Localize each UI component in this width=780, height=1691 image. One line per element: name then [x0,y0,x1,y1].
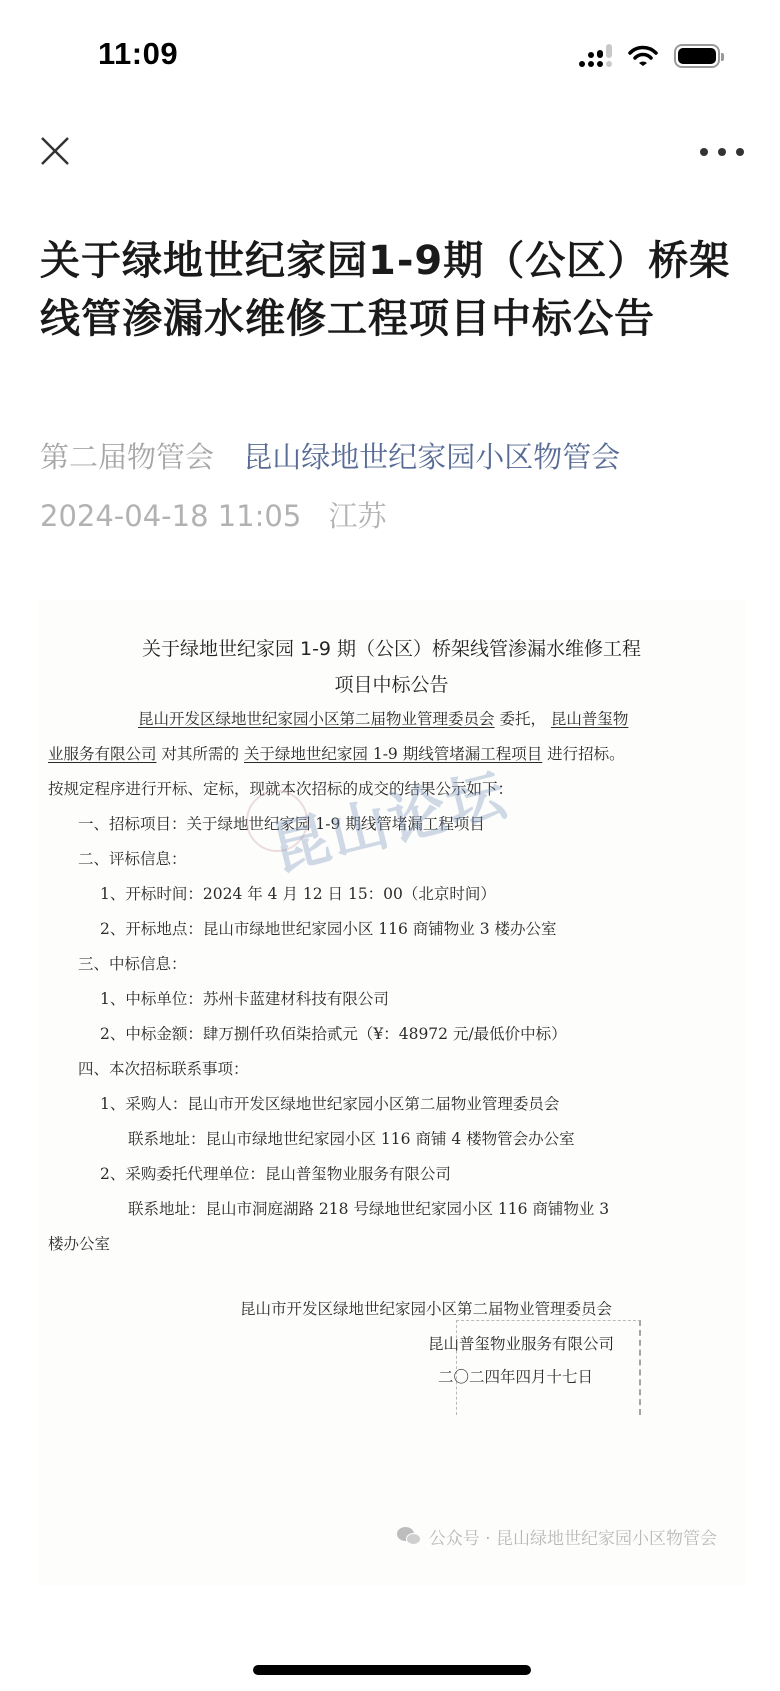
doc-section-4-2-address-cont: 楼办公室 [48,1233,110,1255]
wifi-icon [628,45,658,67]
source-text: 公众号 · 昆山绿地世纪家园小区物管会 [429,1524,717,1549]
doc-section-3-1: 1、中标单位：苏州卡蓝建材科技有限公司 [100,988,389,1010]
doc-section-2: 二、评标信息： [78,848,187,870]
doc-section-4-2-address: 联系地址：昆山市洞庭湖路 218 号绿地世纪家园小区 116 商铺物业 3 [128,1198,609,1220]
home-indicator[interactable] [253,1665,531,1675]
doc-intro-line2: 业服务有限公司 对其所需的 关于绿地世纪家园 1-9 期线管堵漏工程项目 进行招… [48,743,625,765]
doc-section-4-1: 1、采购人：昆山市开发区绿地世纪家园小区第二届物业管理委员会 [100,1093,559,1115]
cellular-signal-icon [579,45,612,67]
battery-icon [674,44,720,68]
doc-section-4: 四、本次招标联系事项： [78,1058,249,1080]
wechat-icon [397,1527,423,1547]
article-meta: 第二届物管会 昆山绿地世纪家园小区物管会 [40,437,620,477]
doc-title-line2: 项目中标公告 [38,666,745,704]
doc-section-2-1: 1、开标时间：2024 年 4 月 12 日 15：00（北京时间） [100,883,496,905]
source-attribution: 公众号 · 昆山绿地世纪家园小区物管会 [397,1524,717,1549]
more-icon-dot [700,148,708,156]
more-icon-dot [718,148,726,156]
doc-intro-line1: 昆山开发区绿地世纪家园小区第二届物业管理委员会 委托， 昆山普玺物 [138,708,628,730]
publish-date: 2024-04-18 11:05 [40,499,301,533]
nav-bar [0,112,780,182]
doc-section-1: 一、招标项目：关于绿地世纪家园 1-9 期线管堵漏工程项目 [78,813,485,835]
doc-agent-part1: 昆山普玺物 [551,710,629,728]
doc-intro-line3: 按规定程序进行开标、定标，现就本次招标的成交的结果公示如下： [48,778,513,800]
doc-project: 关于绿地世纪家园 1-9 期线管堵漏工程项目 [244,745,542,763]
publish-location: 江苏 [329,499,387,533]
doc-section-3-2: 2、中标金额：肆万捌仟玖佰柒拾贰元（¥：48972 元/最低价中标） [100,1023,567,1045]
article-author: 第二届物管会 [40,440,214,474]
doc-section-3: 三、中标信息： [78,953,187,975]
more-button[interactable] [700,142,744,162]
doc-signature-org2: 昆山普玺物业服务有限公司 [428,1333,614,1355]
status-bar: 11:09 [0,0,780,110]
doc-agent-part2: 业服务有限公司 [48,745,157,763]
doc-section-4-1-address: 联系地址：昆山市绿地世纪家园小区 116 商铺 4 楼物管会办公室 [128,1128,575,1150]
doc-client: 昆山开发区绿地世纪家园小区第二届物业管理委员会 [138,710,495,728]
account-link[interactable]: 昆山绿地世纪家园小区物管会 [243,440,620,474]
close-icon [36,132,76,172]
doc-title-line1: 关于绿地世纪家园 1-9 期（公区）桥架线管渗漏水维修工程 [38,630,745,668]
doc-section-2-2: 2、开标地点：昆山市绿地世纪家园小区 116 商铺物业 3 楼办公室 [100,918,557,940]
article-publish-info: 2024-04-18 11:05 江苏 [40,496,387,536]
document-image[interactable]: 关于绿地世纪家园 1-9 期（公区）桥架线管渗漏水维修工程 项目中标公告 昆山开… [38,600,745,1586]
more-icon-dot [736,148,744,156]
doc-section-4-2: 2、采购委托代理单位：昆山普玺物业服务有限公司 [100,1163,451,1185]
doc-signature-org1: 昆山市开发区绿地世纪家园小区第二届物业管理委员会 [240,1298,612,1320]
status-icons [579,44,720,68]
doc-signature-date: 二〇二四年四月十七日 [438,1366,593,1388]
article-title: 关于绿地世纪家园1-9期（公区）桥架线管渗漏水维修工程项目中标公告 [40,232,740,348]
close-button[interactable] [36,132,76,172]
status-time: 11:09 [98,36,178,72]
